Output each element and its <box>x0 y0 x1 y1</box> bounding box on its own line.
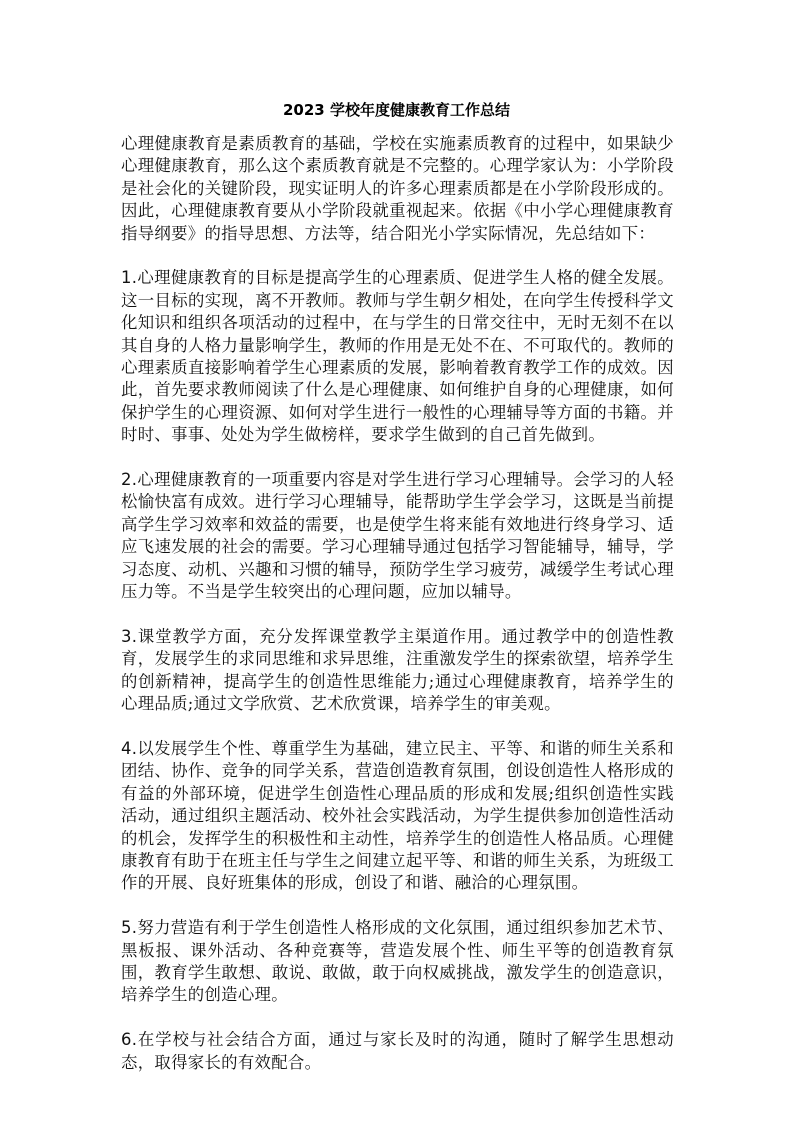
document-title: 2023 学校年度健康教育工作总结 <box>0 99 793 120</box>
section-number: 2. <box>121 470 137 489</box>
document-page: 2023 学校年度健康教育工作总结 心理健康教育是素质教育的基础，学校在实施素质… <box>0 0 793 1122</box>
section-number: 5. <box>121 918 137 937</box>
section-text: 心理健康教育的一项重要内容是对学生进行学习心理辅导。会学习的人轻松愉快富有成效。… <box>121 470 674 601</box>
section-text: 在学校与社会结合方面，通过与家长及时的沟通，随时了解学生思想动态，取得家长的有效… <box>121 1030 674 1071</box>
section-number: 3. <box>121 627 137 646</box>
section-text: 课堂教学方面，充分发挥课堂教学主渠道作用。通过教学中的创造性教育，发展学生的求同… <box>121 627 674 713</box>
section-paragraph-5: 5.努力营造有利于学生创造性人格形成的文化氛围，通过组织参加艺术节、黑板报、课外… <box>121 917 674 1007</box>
section-paragraph-6: 6.在学校与社会结合方面，通过与家长及时的沟通，随时了解学生思想动态，取得家长的… <box>121 1029 674 1074</box>
document-body: 心理健康教育是素质教育的基础，学校在实施素质教育的过程中，如果缺少心理健康教育，… <box>121 133 674 1096</box>
section-number: 1. <box>121 268 137 287</box>
section-text: 以发展学生个性、尊重学生为基础，建立民主、平等、和谐的师生关系和团结、协作、竞争… <box>121 739 674 892</box>
intro-paragraph: 心理健康教育是素质教育的基础，学校在实施素质教育的过程中，如果缺少心理健康教育，… <box>121 133 674 245</box>
section-number: 4. <box>121 739 137 758</box>
section-text: 努力营造有利于学生创造性人格形成的文化氛围，通过组织参加艺术节、黑板报、课外活动… <box>121 918 674 1004</box>
section-paragraph-2: 2.心理健康教育的一项重要内容是对学生进行学习心理辅导。会学习的人轻松愉快富有成… <box>121 469 674 603</box>
section-number: 6. <box>121 1030 137 1049</box>
section-paragraph-4: 4.以发展学生个性、尊重学生为基础，建立民主、平等、和谐的师生关系和团结、协作、… <box>121 738 674 895</box>
section-paragraph-3: 3.课堂教学方面，充分发挥课堂教学主渠道作用。通过教学中的创造性教育，发展学生的… <box>121 626 674 716</box>
section-paragraph-1: 1.心理健康教育的目标是提高学生的心理素质、促进学生人格的健全发展。这一目标的实… <box>121 267 674 446</box>
section-text: 心理健康教育的目标是提高学生的心理素质、促进学生人格的健全发展。这一目标的实现，… <box>121 268 674 444</box>
